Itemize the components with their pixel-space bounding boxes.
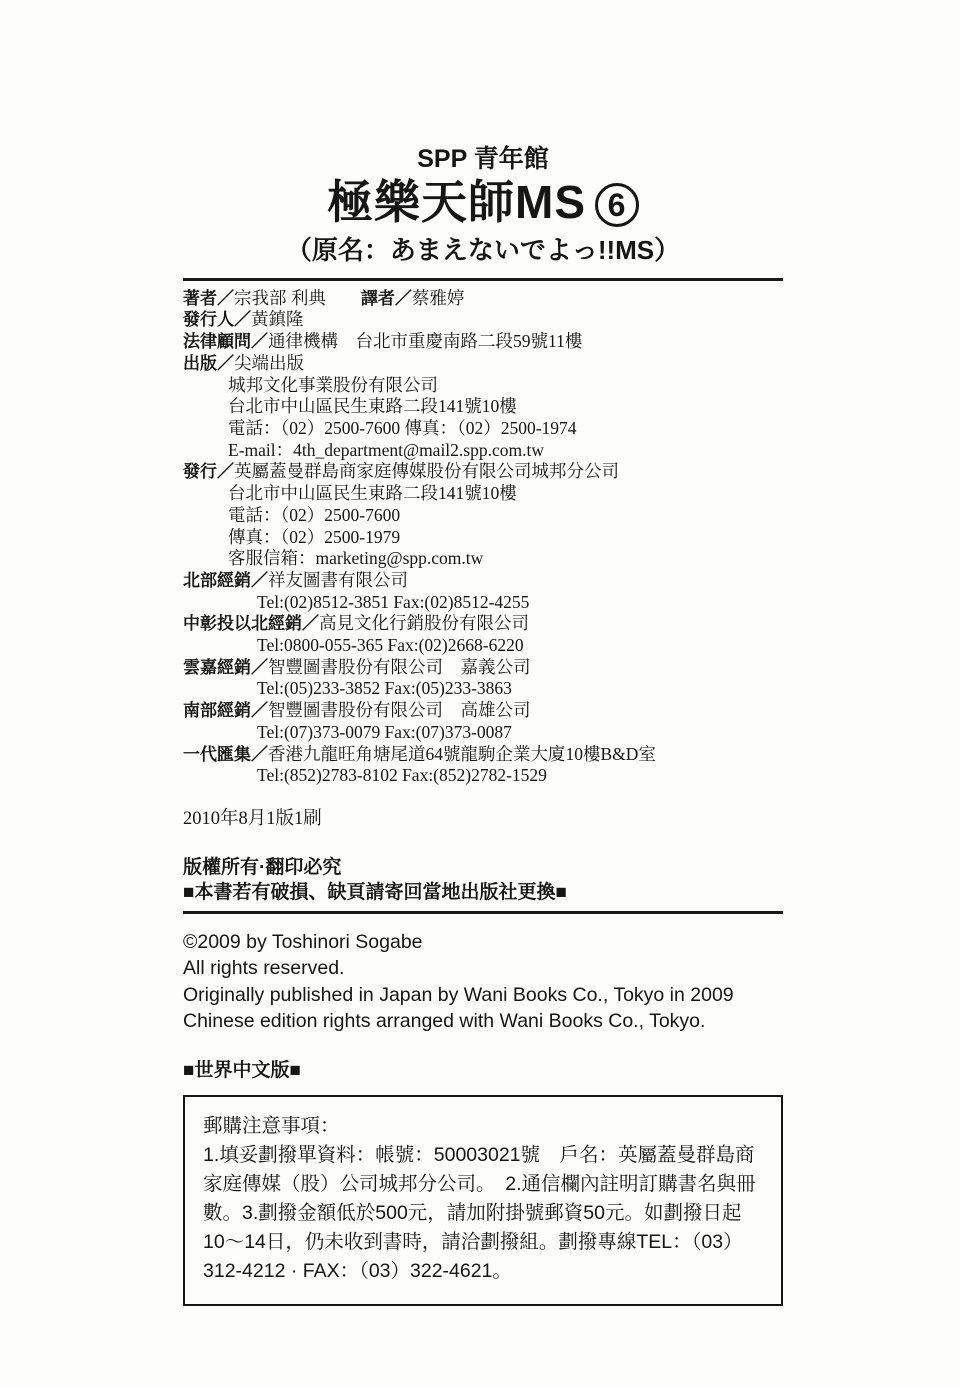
colophon-label: 著者／	[183, 289, 234, 308]
colophon-value: 高見文化行銷股份有限公司	[319, 613, 529, 633]
colophon-line: Tel:(02)8512-3851 Fax:(02)8512-4255	[183, 592, 783, 614]
colophon-line: 城邦文化事業股份有限公司	[183, 375, 783, 397]
colophon-value: Tel:0800-055-365 Fax:(02)2668-6220	[257, 635, 524, 655]
colophon-line: 著者／宗我部 利典 譯者／蔡雅婷	[183, 288, 783, 310]
colophon-line: 北部經銷／祥友圖書有限公司	[183, 570, 783, 592]
edition-printing-line: 2010年8月1版1刷	[183, 804, 783, 830]
book-title-text: 極樂天師MS	[327, 176, 586, 228]
colophon-line: 一代匯集／香港九龍旺角塘尾道64號龍駒企業大廈10樓B&D室	[183, 744, 783, 766]
colophon-value: 電話：（02）2500-7600 傳真：（02）2500-1974	[228, 418, 577, 438]
colophon-value: 尖端出版	[234, 353, 304, 373]
colophon-line: 電話：（02）2500-7600	[183, 505, 783, 527]
mail-order-line: 數。3.劃撥金額低於500元，請加附掛號郵資50元。如劃撥日起	[203, 1199, 769, 1228]
divider-top	[183, 278, 783, 281]
rights-notice: 版權所有·翻印必究 ■本書若有破損、缺頁請寄回當地出版社更換■	[183, 855, 783, 905]
colophon-line: 台北市中山區民生東路二段141號10樓	[183, 396, 783, 418]
colophon-value: Tel:(07)373-0079 Fax:(07)373-0087	[257, 722, 512, 742]
colophon-label: 中彰投以北經銷／	[183, 614, 319, 633]
colophon-line: 中彰投以北經銷／高見文化行銷股份有限公司	[183, 613, 783, 635]
colophon-label: 譯者／	[361, 289, 412, 308]
imprint-label: SPP 青年館	[183, 146, 783, 174]
english-copyright-line: All rights reserved.	[183, 955, 783, 982]
colophon-value: 祥友圖書有限公司	[268, 570, 408, 590]
colophon-value: 香港九龍旺角塘尾道64號龍駒企業大廈10樓B&D室	[268, 744, 656, 764]
colophon-value: E-mail：4th_department@mail2.spp.com.tw	[228, 440, 544, 460]
colophon-line: Tel:(852)2783-8102 Fax:(852)2782-1529	[183, 765, 783, 787]
mail-order-line: 10～14日，仍未收到書時，請洽劃撥組。劃撥專線TEL：（03）	[203, 1228, 769, 1257]
original-title: （原名：あまえないでよっ!!MS）	[183, 236, 783, 265]
mail-order-line: 郵購注意事項：	[203, 1112, 769, 1141]
colophon-value: 黃鎮隆	[251, 309, 304, 329]
colophon-value: 客服信箱：marketing@spp.com.tw	[228, 548, 483, 568]
book-title: 極樂天師MS6	[183, 178, 783, 228]
colophon-value: 通律機構 台北市重慶南路二段59號11樓	[268, 331, 582, 351]
mail-order-box: 郵購注意事項：1.填妥劃撥單資料：帳號：50003021號 戶名：英屬蓋曼群島商…	[183, 1095, 783, 1306]
colophon-line: 出版／尖端出版	[183, 353, 783, 375]
colophon-line: 電話：（02）2500-7600 傳真：（02）2500-1974	[183, 418, 783, 440]
english-copyright: ©2009 by Toshinori SogabeAll rights rese…	[183, 929, 783, 1035]
colophon-value: 台北市中山區民生東路二段141號10樓	[228, 483, 517, 503]
english-copyright-line: Chinese edition rights arranged with Wan…	[183, 1008, 783, 1035]
colophon-value: Tel:(852)2783-8102 Fax:(852)2782-1529	[257, 765, 547, 785]
colophon-label: 法律顧問／	[183, 332, 268, 351]
colophon-line: Tel:(05)233-3852 Fax:(05)233-3863	[183, 678, 783, 700]
colophon-line: 客服信箱：marketing@spp.com.tw	[183, 548, 783, 570]
colophon-value: 智豐圖書股份有限公司 嘉義公司	[268, 657, 531, 677]
colophon-line: Tel:0800-055-365 Fax:(02)2668-6220	[183, 635, 783, 657]
colophon-label: 發行人／	[183, 310, 251, 329]
rights-line-2: ■本書若有破損、缺頁請寄回當地出版社更換■	[183, 880, 783, 905]
colophon-value: 英屬蓋曼群島商家庭傳媒股份有限公司城邦分公司	[234, 461, 619, 481]
english-copyright-line: Originally published in Japan by Wani Bo…	[183, 982, 783, 1009]
colophon-value: 傳真：（02）2500-1979	[228, 527, 400, 547]
divider-bottom	[183, 911, 783, 914]
colophon-value: 台北市中山區民生東路二段141號10樓	[228, 396, 517, 416]
colophon-value	[326, 288, 361, 308]
colophon-label: 北部經銷／	[183, 571, 268, 590]
colophon-value: 電話：（02）2500-7600	[228, 505, 400, 525]
colophon-line: 雲嘉經銷／智豐圖書股份有限公司 嘉義公司	[183, 657, 783, 679]
colophon-line: 南部經銷／智豐圖書股份有限公司 高雄公司	[183, 700, 783, 722]
colophon-label: 出版／	[183, 354, 234, 373]
colophon-page: SPP 青年館 極樂天師MS6 （原名：あまえないでよっ!!MS） 著者／宗我部…	[183, 0, 783, 1306]
colophon-line: 台北市中山區民生東路二段141號10樓	[183, 483, 783, 505]
publication-credits: 著者／宗我部 利典 譯者／蔡雅婷發行人／黃鎮隆法律顧問／通律機構 台北市重慶南路…	[183, 288, 783, 787]
english-copyright-line: ©2009 by Toshinori Sogabe	[183, 929, 783, 956]
colophon-value: 宗我部 利典	[234, 288, 326, 308]
mail-order-line: 312-4212 · FAX：（03）322-4621。	[203, 1257, 769, 1286]
colophon-label: 一代匯集／	[183, 745, 268, 764]
colophon-line: 傳真：（02）2500-1979	[183, 527, 783, 549]
colophon-value: 蔡雅婷	[412, 288, 465, 308]
colophon-value: 城邦文化事業股份有限公司	[228, 375, 438, 395]
colophon-line: 發行人／黃鎮隆	[183, 309, 783, 331]
colophon-line: 法律顧問／通律機構 台北市重慶南路二段59號11樓	[183, 331, 783, 353]
mail-order-line: 1.填妥劃撥單資料：帳號：50003021號 戶名：英屬蓋曼群島商	[203, 1141, 769, 1170]
volume-badge: 6	[595, 183, 639, 227]
world-chinese-edition-label: ■世界中文版■	[183, 1055, 783, 1082]
rights-line-1: 版權所有·翻印必究	[183, 855, 783, 880]
colophon-line: E-mail：4th_department@mail2.spp.com.tw	[183, 440, 783, 462]
colophon-line: 發行／英屬蓋曼群島商家庭傳媒股份有限公司城邦分公司	[183, 461, 783, 483]
colophon-value: Tel:(02)8512-3851 Fax:(02)8512-4255	[257, 592, 529, 612]
colophon-label: 南部經銷／	[183, 701, 268, 720]
colophon-line: Tel:(07)373-0079 Fax:(07)373-0087	[183, 722, 783, 744]
colophon-label: 發行／	[183, 462, 234, 481]
mail-order-line: 家庭傳媒（股）公司城邦分公司。 2.通信欄內註明訂購書名與冊	[203, 1170, 769, 1199]
colophon-value: 智豐圖書股份有限公司 高雄公司	[268, 700, 531, 720]
colophon-label: 雲嘉經銷／	[183, 658, 268, 677]
colophon-value: Tel:(05)233-3852 Fax:(05)233-3863	[257, 678, 512, 698]
